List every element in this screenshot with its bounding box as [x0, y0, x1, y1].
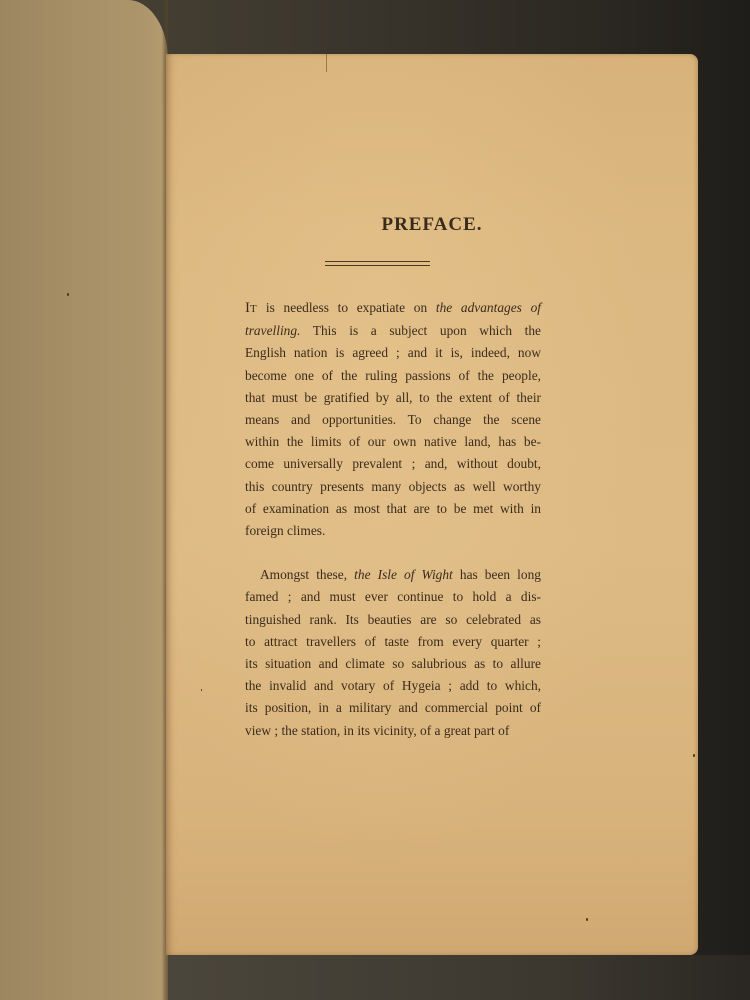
- table-surface: [150, 955, 750, 1000]
- paragraph: IT is needless to expatiate on the advan…: [245, 297, 541, 542]
- text-line: tinguished rank. Its beauties are so cel…: [245, 609, 541, 631]
- paper-speck: [586, 918, 588, 921]
- text-line: that must be gratified by all, to the ex…: [245, 387, 541, 409]
- paper-speck: [201, 689, 202, 691]
- text-line: come universally prevalent ; and, withou…: [245, 453, 541, 475]
- text-line: famed ; and must ever continue to hold a…: [245, 586, 541, 608]
- paragraph-gap: [245, 542, 541, 564]
- text-line: IT is needless to expatiate on the advan…: [245, 297, 541, 320]
- text-line: view ; the station, in its vicinity, of …: [245, 720, 541, 742]
- text-line: Amongst these, the Isle of Wight has bee…: [245, 564, 541, 586]
- paragraph: Amongst these, the Isle of Wight has bee…: [245, 564, 541, 742]
- page-crease: [326, 54, 327, 72]
- title-double-rule: [325, 261, 430, 266]
- preface-body: IT is needless to expatiate on the advan…: [245, 297, 541, 742]
- text-line: its situation and climate so salubrious …: [245, 653, 541, 675]
- page-title: PREFACE.: [166, 214, 698, 236]
- paper-speck: [67, 293, 69, 296]
- text-line: its position, in a military and commerci…: [245, 697, 541, 719]
- left-page-blank: [0, 0, 168, 1000]
- paper-speck: [693, 754, 695, 757]
- text-line: become one of the ruling passions of the…: [245, 365, 541, 387]
- text-line: of examination as most that are to be me…: [245, 498, 541, 520]
- text-line: English nation is agreed ; and it is, in…: [245, 342, 541, 364]
- text-line: means and opportunities. To change the s…: [245, 409, 541, 431]
- text-line: this country presents many objects as we…: [245, 476, 541, 498]
- text-line: to attract travellers of taste from ever…: [245, 631, 541, 653]
- text-line: the invalid and votary of Hygeia ; add t…: [245, 675, 541, 697]
- right-page: PREFACE. IT is needless to expatiate on …: [166, 54, 698, 955]
- text-line: foreign climes.: [245, 520, 541, 542]
- text-line: within the limits of our own native land…: [245, 431, 541, 453]
- text-line: travelling. This is a subject upon which…: [245, 320, 541, 342]
